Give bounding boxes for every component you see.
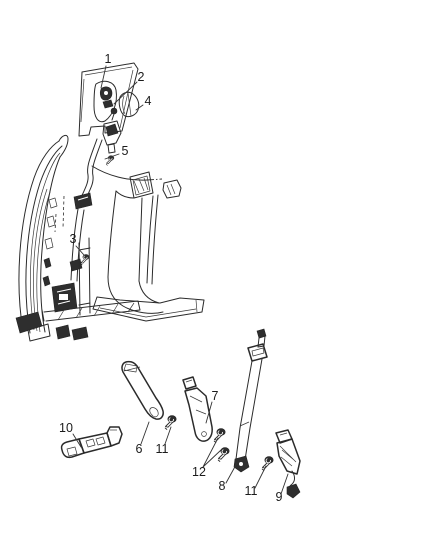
callout-label: 10 <box>59 421 73 435</box>
bracket-body <box>79 433 111 453</box>
panel-bottom-flare <box>108 277 163 313</box>
buckle-head <box>183 377 196 389</box>
leader-line <box>226 463 237 483</box>
retractor-frame <box>79 238 90 315</box>
callout-label: 4 <box>145 94 152 108</box>
bracket-hatch <box>167 184 175 195</box>
callout-label: 8 <box>219 479 226 493</box>
anchor-bolt-head <box>111 108 117 114</box>
callout-8: 8 <box>219 463 237 493</box>
anchor-stub <box>108 144 115 153</box>
eyelet-slot <box>67 447 77 456</box>
bolt-item-11-right <box>262 457 273 471</box>
body-slots <box>86 437 105 447</box>
callout-label: 2 <box>138 70 145 84</box>
panel-bottom-inner <box>139 281 159 303</box>
seat-belt-buckle <box>183 377 212 441</box>
adjuster-hole <box>104 91 108 95</box>
parts-diagram-page: 1 2 4 5 3 10 6 <box>0 0 438 533</box>
callout-label: 1 <box>105 52 112 66</box>
panel-right-edge <box>139 198 142 281</box>
callout-11-right: 11 <box>245 466 266 498</box>
center-belt-strap <box>234 329 267 472</box>
callout-label: 7 <box>212 389 219 403</box>
striker-bracket <box>163 180 181 198</box>
bolt-item-12-lower <box>218 448 229 462</box>
callout-11-left: 11 <box>156 427 171 456</box>
buckle-body <box>277 439 300 474</box>
anchor-bolt-shank <box>112 114 114 120</box>
webbing-guide-clip <box>74 193 92 209</box>
callout-label: 11 <box>245 484 258 498</box>
hidden-edge <box>55 196 64 232</box>
phantom-line <box>147 179 162 180</box>
body-outline <box>92 166 181 284</box>
buckle-slot <box>186 380 192 382</box>
leader-line <box>203 438 221 467</box>
wire-connector <box>287 484 300 498</box>
buckle-with-wire <box>276 430 300 498</box>
sill-foot <box>72 327 88 340</box>
buckle-slot <box>280 433 287 435</box>
pillar-slots-dark <box>43 258 51 286</box>
webbing-edge <box>77 210 84 281</box>
pillar-tip <box>59 135 68 157</box>
leader-line <box>76 246 84 255</box>
seat-belt-webbing <box>70 139 102 281</box>
leader-line <box>141 422 149 444</box>
bolt-item-12-upper <box>214 429 225 443</box>
callout-label: 6 <box>136 442 143 456</box>
seat-belt-parts-illustration: 1 2 4 5 3 10 6 <box>0 0 438 533</box>
fastener-bolts <box>165 416 273 471</box>
leader-line <box>101 66 106 88</box>
webbing-edge <box>81 139 97 198</box>
anchor-plate <box>106 124 118 136</box>
callout-label: 5 <box>122 144 129 158</box>
door-opening-edge <box>147 195 158 284</box>
lower-guide-bolt <box>81 254 89 264</box>
retractor-label-face <box>59 294 68 300</box>
callout-label: 12 <box>192 465 206 479</box>
bracket-hatch <box>133 176 150 195</box>
callout-label: 9 <box>276 490 283 504</box>
callout-label: 11 <box>156 442 169 456</box>
latch-slot <box>252 348 264 356</box>
strap-webbing <box>236 359 262 460</box>
pillar-outer-edge <box>19 141 59 331</box>
pillar-foot-dark <box>56 325 70 339</box>
adjuster-slide <box>103 100 113 108</box>
pillar-slots <box>45 198 57 249</box>
callout-12: 12 <box>192 438 221 479</box>
anchor-hole <box>239 462 243 466</box>
callout-6: 6 <box>136 422 149 456</box>
panel-left-edge <box>108 191 116 277</box>
panel-top-edge <box>116 191 134 198</box>
leader-line <box>114 82 137 104</box>
callout-3: 3 <box>70 232 84 255</box>
kick-panel-base <box>93 297 204 321</box>
leader-line <box>136 105 143 110</box>
buckle-hole <box>202 432 207 437</box>
webbing-edge <box>86 140 102 199</box>
callout-9: 9 <box>276 474 288 504</box>
b-pillar-assembly-illustration <box>16 63 204 341</box>
callout-10: 10 <box>59 421 81 447</box>
belt-sleeve <box>122 362 163 420</box>
buckle-detail <box>190 396 206 414</box>
callout-label: 3 <box>70 232 77 246</box>
